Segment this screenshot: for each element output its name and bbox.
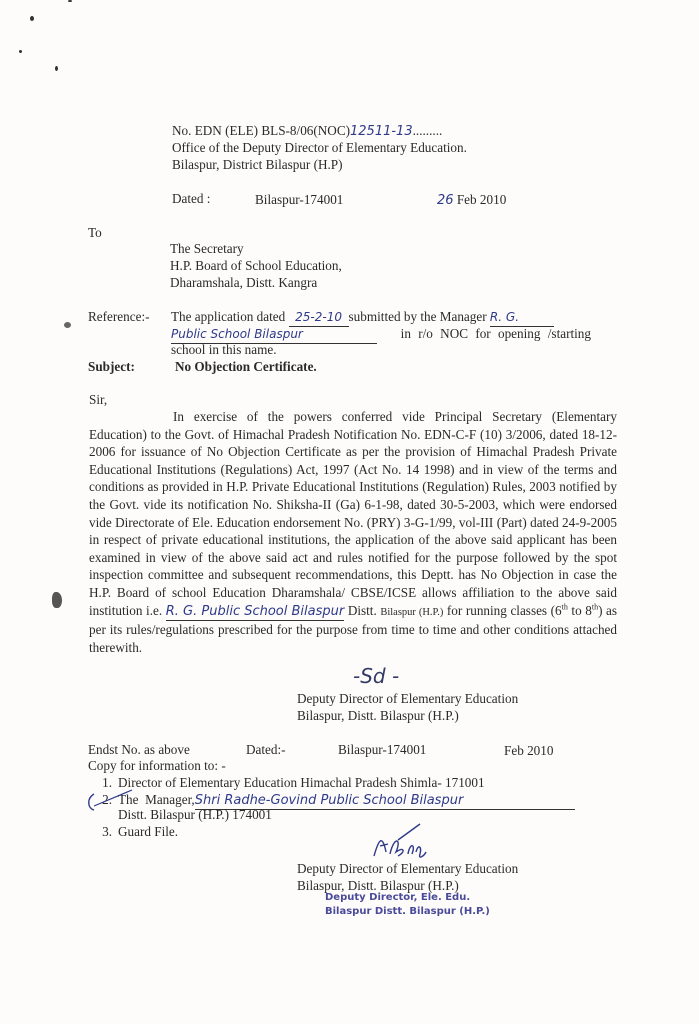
copy-item-3: 3.Guard File. [92, 823, 178, 840]
scan-speck [30, 16, 34, 21]
scan-speck [68, 0, 72, 2]
copy-item-1: 1.Director of Elementary Education Himac… [92, 774, 485, 791]
classes-text-b: to 8 [568, 603, 592, 618]
reference-text-1: The application dated [171, 309, 285, 324]
distt-label: Distt. [348, 603, 377, 618]
copy-item-2-address: Distt. Bilaspur (H.P.) 174001 [118, 806, 272, 823]
body-paragraph: In exercise of the powers conferred vide… [89, 408, 617, 656]
scan-speck [55, 66, 58, 71]
noc-letter-page: No. EDN (ELE) BLS-8/06(NOC)12511-13.....… [0, 0, 699, 1024]
copy-item-text: Guard File. [118, 824, 178, 839]
signatory-place: Bilaspur, Distt. Bilaspur (H.P.) [297, 707, 459, 724]
handwritten-initials-signature [368, 822, 438, 862]
reference-label: Reference:- [88, 308, 150, 325]
endst-date: Feb 2010 [504, 742, 553, 759]
reference-number-dots: ......... [413, 123, 443, 138]
subject-label: Subject: [88, 358, 135, 375]
official-stamp-line-2: Bilaspur Distt. Bilaspur (H.P.) [325, 905, 490, 919]
endst-place: Bilaspur-174001 [338, 741, 426, 758]
dated-place: Bilaspur-174001 [255, 191, 343, 208]
body-text: In exercise of the powers conferred vide… [89, 409, 617, 618]
salutation: Sir, [89, 391, 107, 408]
reference-text-2: submitted by the Manager [349, 309, 487, 324]
reference-text-3: in r/o NOC for opening /starting [401, 325, 591, 342]
recipient-line-3: Dharamshala, Distt. Kangra [170, 274, 317, 291]
subject-text: No Objection Certificate. [175, 358, 317, 375]
scan-speck [19, 50, 22, 53]
signatory-title: Deputy Director of Elementary Education [297, 690, 518, 707]
institution-handwritten: R. G. Public School Bilaspur [166, 603, 344, 622]
signature-sd-mark: -Sd - [353, 664, 399, 688]
reference-number-line: No. EDN (ELE) BLS-8/06(NOC)12511-13.....… [172, 122, 442, 140]
office-line: Office of the Deputy Director of Element… [172, 139, 467, 156]
distt-value: Bilaspur (H.P.) [380, 607, 443, 618]
copy-for-information-label: Copy for information to: - [88, 757, 226, 774]
reference-text-4: school in this name. [171, 341, 277, 358]
dated-label: Dated : [172, 190, 210, 207]
tick-mark-icon [84, 788, 134, 814]
recipient-line-2: H.P. Board of School Education, [170, 257, 342, 274]
recipient-line-1: The Secretary [170, 240, 244, 257]
date-month-year: Feb 2010 [457, 192, 506, 207]
dated-date: 26 Feb 2010 [437, 191, 506, 209]
reference-number-prefix: No. EDN (ELE) BLS-8/06(NOC) [172, 123, 350, 138]
to-label: To [88, 224, 102, 241]
ink-blot [52, 592, 62, 608]
endst-label: Endst No. as above [88, 741, 190, 758]
endst-dated-label: Dated:- [246, 741, 286, 758]
classes-text-a: for running classes (6 [447, 603, 562, 618]
reference-number-handwritten: 12511-13 [350, 124, 413, 139]
scan-speck [64, 322, 71, 328]
signatory-2-title: Deputy Director of Elementary Education [297, 860, 518, 877]
official-stamp-line-1: Deputy Director, Ele. Edu. [325, 891, 470, 905]
copy-item-text: Director of Elementary Education Himacha… [118, 775, 485, 790]
copy-item-number: 3. [92, 823, 112, 840]
date-day-handwritten: 26 [437, 193, 454, 208]
office-address: Bilaspur, District Bilaspur (H.P) [172, 156, 343, 173]
